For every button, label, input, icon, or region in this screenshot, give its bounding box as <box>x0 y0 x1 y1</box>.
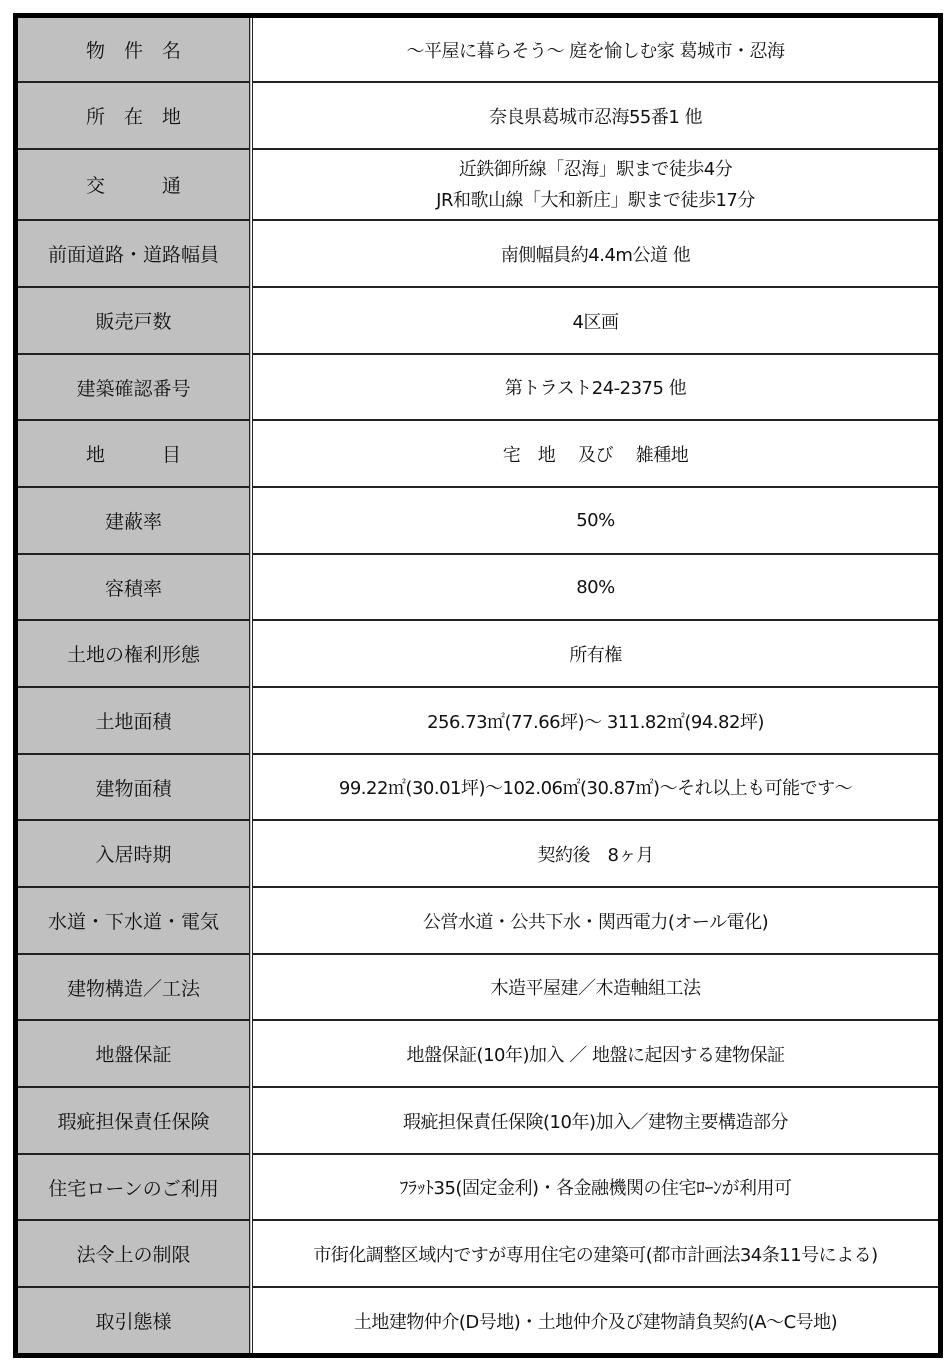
table-row-building-coverage: 建蔽率 50% <box>18 487 938 554</box>
table-row-ground-guarantee: 地盤保証 地盤保証(10年)加入 ／ 地盤に起因する建物保証 <box>18 1020 938 1087</box>
label-transaction-type: 取引態様 <box>18 1287 251 1353</box>
value-structure: 木造平屋建／木造軸組工法 <box>251 954 938 1020</box>
property-info-table: 物 件 名 ～平屋に暮らそう～ 庭を愉しむ家 葛城市・忍海 所 在 地 奈良県葛… <box>18 18 938 1353</box>
value-land-rights: 所有権 <box>251 620 938 687</box>
table-row-building-area: 建物面積 99.22㎡(30.01坪)～102.06㎡(30.87㎡)～それ以上… <box>18 754 938 820</box>
value-building-coverage: 50% <box>251 487 938 554</box>
label-building-area: 建物面積 <box>18 754 251 820</box>
value-move-in: 契約後 8ヶ月 <box>251 820 938 887</box>
table-row-utilities: 水道・下水道・電気 公営水道・公共下水・関西電力(オール電化) <box>18 887 938 954</box>
table-row-location: 所 在 地 奈良県葛城市忍海55番1 他 <box>18 82 938 149</box>
table-row-transaction-type: 取引態様 土地建物仲介(D号地)・土地仲介及び建物請負契約(A～C号地) <box>18 1287 938 1353</box>
value-defect-insurance: 瑕疵担保責任保険(10年)加入／建物主要構造部分 <box>251 1087 938 1154</box>
value-access: 近鉄御所線「忍海」駅まで徒歩4分 JR和歌山線「大和新庄」駅まで徒歩17分 <box>251 149 938 220</box>
value-units-for-sale: 4区画 <box>251 287 938 354</box>
table-row-defect-insurance: 瑕疵担保責任保険 瑕疵担保責任保険(10年)加入／建物主要構造部分 <box>18 1087 938 1154</box>
table-row-property-name: 物 件 名 ～平屋に暮らそう～ 庭を愉しむ家 葛城市・忍海 <box>18 18 938 82</box>
value-land-category: 宅 地 及び 雑種地 <box>251 420 938 487</box>
access-line-2: JR和歌山線「大和新庄」駅まで徒歩17分 <box>253 185 938 216</box>
value-transaction-type: 土地建物仲介(D号地)・土地仲介及び建物請負契約(A～C号地) <box>251 1287 938 1353</box>
label-structure: 建物構造／工法 <box>18 954 251 1020</box>
label-access: 交 通 <box>18 149 251 220</box>
table-row-land-category: 地 目 宅 地 及び 雑種地 <box>18 420 938 487</box>
table-row-building-confirmation: 建築確認番号 第トラスト24-2375 他 <box>18 354 938 420</box>
label-location: 所 在 地 <box>18 82 251 149</box>
label-floor-area-ratio: 容積率 <box>18 554 251 620</box>
value-property-name: ～平屋に暮らそう～ 庭を愉しむ家 葛城市・忍海 <box>251 18 938 82</box>
value-building-area: 99.22㎡(30.01坪)～102.06㎡(30.87㎡)～それ以上も可能です… <box>251 754 938 820</box>
label-defect-insurance: 瑕疵担保責任保険 <box>18 1087 251 1154</box>
label-land-rights: 土地の権利形態 <box>18 620 251 687</box>
label-units-for-sale: 販売戸数 <box>18 287 251 354</box>
label-ground-guarantee: 地盤保証 <box>18 1020 251 1087</box>
value-floor-area-ratio: 80% <box>251 554 938 620</box>
value-land-area: 256.73㎡(77.66坪)～ 311.82㎡(94.82坪) <box>251 687 938 754</box>
value-building-confirmation: 第トラスト24-2375 他 <box>251 354 938 420</box>
table-row-units-for-sale: 販売戸数 4区画 <box>18 287 938 354</box>
label-legal-restrictions: 法令上の制限 <box>18 1220 251 1287</box>
table-row-land-rights: 土地の権利形態 所有権 <box>18 620 938 687</box>
label-land-area: 土地面積 <box>18 687 251 754</box>
property-info-table-frame: 物 件 名 ～平屋に暮らそう～ 庭を愉しむ家 葛城市・忍海 所 在 地 奈良県葛… <box>13 13 943 1358</box>
table-row-legal-restrictions: 法令上の制限 市街化調整区域内ですが専用住宅の建築可(都市計画法34条11号によ… <box>18 1220 938 1287</box>
table-row-housing-loan: 住宅ローンのご利用 ﾌﾗｯﾄ35(固定金利)・各金融機関の住宅ﾛｰﾝが利用可 <box>18 1154 938 1220</box>
value-legal-restrictions: 市街化調整区域内ですが専用住宅の建築可(都市計画法34条11号による) <box>251 1220 938 1287</box>
value-front-road: 南側幅員約4.4m公道 他 <box>251 220 938 287</box>
label-land-category: 地 目 <box>18 420 251 487</box>
label-building-coverage: 建蔽率 <box>18 487 251 554</box>
label-housing-loan: 住宅ローンのご利用 <box>18 1154 251 1220</box>
value-housing-loan: ﾌﾗｯﾄ35(固定金利)・各金融機関の住宅ﾛｰﾝが利用可 <box>251 1154 938 1220</box>
label-building-confirmation: 建築確認番号 <box>18 354 251 420</box>
table-row-access: 交 通 近鉄御所線「忍海」駅まで徒歩4分 JR和歌山線「大和新庄」駅まで徒歩17… <box>18 149 938 220</box>
value-ground-guarantee: 地盤保証(10年)加入 ／ 地盤に起因する建物保証 <box>251 1020 938 1087</box>
label-utilities: 水道・下水道・電気 <box>18 887 251 954</box>
table-row-move-in: 入居時期 契約後 8ヶ月 <box>18 820 938 887</box>
label-move-in: 入居時期 <box>18 820 251 887</box>
label-property-name: 物 件 名 <box>18 18 251 82</box>
table-row-floor-area-ratio: 容積率 80% <box>18 554 938 620</box>
label-front-road: 前面道路・道路幅員 <box>18 220 251 287</box>
table-row-land-area: 土地面積 256.73㎡(77.66坪)～ 311.82㎡(94.82坪) <box>18 687 938 754</box>
table-row-front-road: 前面道路・道路幅員 南側幅員約4.4m公道 他 <box>18 220 938 287</box>
access-line-1: 近鉄御所線「忍海」駅まで徒歩4分 <box>253 154 938 185</box>
value-utilities: 公営水道・公共下水・関西電力(オール電化) <box>251 887 938 954</box>
table-row-structure: 建物構造／工法 木造平屋建／木造軸組工法 <box>18 954 938 1020</box>
value-location: 奈良県葛城市忍海55番1 他 <box>251 82 938 149</box>
